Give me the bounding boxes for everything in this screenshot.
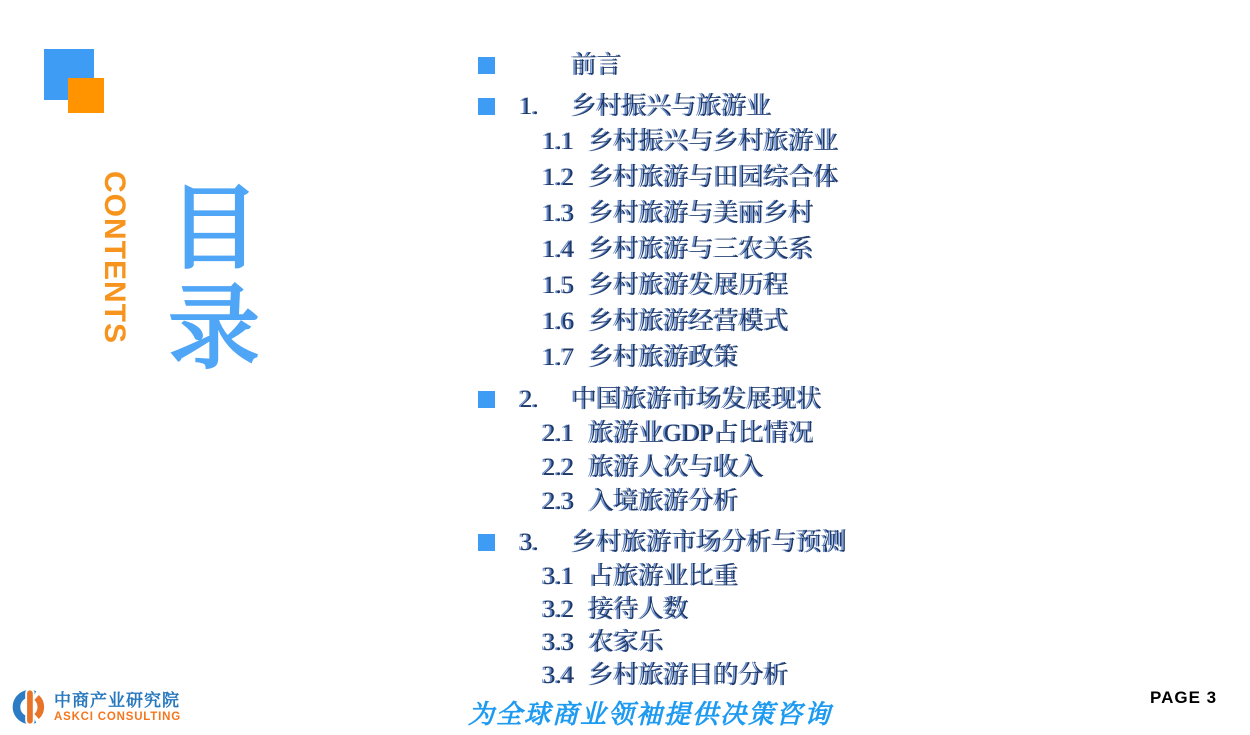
page-number-label: PAGE 3 (1150, 688, 1240, 708)
toc-item-title: 前言 (572, 52, 622, 79)
toc: 前言 1.乡村振兴与旅游业 1.1乡村振兴与乡村旅游业 1.2乡村旅游与田园综合… (470, 48, 980, 692)
toc-item-1-6: 1.6乡村旅游经营模式 (470, 304, 980, 340)
toc-item-number: 2.3 (543, 485, 589, 519)
toc-item-3-4: 3.4乡村旅游目的分析 (470, 659, 980, 692)
toc-item-number: 3.2 (543, 593, 589, 626)
logo-name-zh: 中商产业研究院 (54, 691, 181, 710)
bullet-square-icon (478, 391, 495, 408)
bullet-square-icon (478, 98, 495, 115)
toc-item-number: 1.7 (543, 340, 589, 376)
toc-item-1-1: 1.1乡村振兴与乡村旅游业 (470, 124, 980, 160)
toc-item-section-3: 3.乡村旅游市场分析与预测 (470, 525, 980, 560)
toc-item-title: 入境旅游分析 (589, 488, 739, 515)
bullet-square-icon (478, 534, 495, 551)
toc-item-title: 旅游人次与收入 (589, 454, 764, 481)
askci-logo: 中商产业研究院 ASKCI CONSULTING (10, 688, 181, 726)
toc-item-number: 2. (520, 382, 572, 417)
toc-item-1-3: 1.3乡村旅游与美丽乡村 (470, 196, 980, 232)
toc-item-title: 乡村旅游市场分析与预测 (572, 529, 847, 556)
toc-item-number: 1.1 (543, 124, 589, 160)
toc-item-3-2: 3.2接待人数 (470, 593, 980, 626)
toc-item-number: 1. (520, 89, 572, 124)
toc-item-title: 乡村振兴与乡村旅游业 (589, 128, 839, 155)
toc-item-title: 接待人数 (589, 596, 689, 623)
toc-item-2-1: 2.1旅游业GDP占比情况 (470, 417, 980, 451)
askci-logo-icon (10, 688, 48, 726)
toc-item-1-7: 1.7乡村旅游政策 (470, 340, 980, 376)
footer-slogan: 为全球商业领袖提供决策咨询 (430, 694, 870, 731)
toc-item-section-1: 1.乡村振兴与旅游业 (470, 89, 980, 124)
askci-logo-text: 中商产业研究院 ASKCI CONSULTING (54, 691, 181, 724)
contents-vertical-label: CONTENTS (97, 171, 131, 344)
toc-item-number: 1.6 (543, 304, 589, 340)
toc-item-title: 中国旅游市场发展现状 (572, 386, 822, 413)
logo-name-en: ASKCI CONSULTING (54, 710, 181, 724)
toc-item-number: 1.4 (543, 232, 589, 268)
toc-item-1-5: 1.5乡村旅游发展历程 (470, 268, 980, 304)
toc-item-1-4: 1.4乡村旅游与三农关系 (470, 232, 980, 268)
toc-title-zh: 目录 (156, 179, 256, 379)
toc-item-3-1: 3.1占旅游业比重 (470, 560, 980, 593)
toc-item-number: 3.4 (543, 659, 589, 692)
toc-item-number: 2.1 (543, 417, 589, 451)
toc-item-number: 2.2 (543, 451, 589, 485)
toc-item-title: 乡村振兴与旅游业 (572, 93, 772, 120)
bullet-square-icon (478, 57, 495, 74)
toc-item-title: 乡村旅游经营模式 (589, 308, 789, 335)
toc-item-number: 1.3 (543, 196, 589, 232)
toc-item-title: 农家乐 (589, 629, 664, 656)
toc-item-title: 乡村旅游发展历程 (589, 272, 789, 299)
toc-item-number: 1.5 (543, 268, 589, 304)
toc-item-number: 1.2 (543, 160, 589, 196)
toc-item-preface: 前言 (470, 48, 980, 83)
toc-item-title: 乡村旅游与田园综合体 (589, 164, 839, 191)
toc-item-title: 占旅游业比重 (589, 563, 739, 590)
decor-orange-square (68, 78, 104, 113)
toc-item-2-3: 2.3入境旅游分析 (470, 485, 980, 519)
toc-item-3-3: 3.3农家乐 (470, 626, 980, 659)
toc-item-number: 3.1 (543, 560, 589, 593)
toc-item-2-2: 2.2旅游人次与收入 (470, 451, 980, 485)
toc-item-title: 旅游业GDP占比情况 (589, 420, 814, 447)
toc-item-title: 乡村旅游与三农关系 (589, 236, 814, 263)
toc-item-section-2: 2.中国旅游市场发展现状 (470, 382, 980, 417)
toc-item-title: 乡村旅游与美丽乡村 (589, 200, 814, 227)
toc-item-title: 乡村旅游目的分析 (589, 662, 789, 689)
toc-item-number: 3.3 (543, 626, 589, 659)
toc-item-1-2: 1.2乡村旅游与田园综合体 (470, 160, 980, 196)
toc-item-title: 乡村旅游政策 (589, 344, 739, 371)
toc-item-number: 3. (520, 525, 572, 560)
